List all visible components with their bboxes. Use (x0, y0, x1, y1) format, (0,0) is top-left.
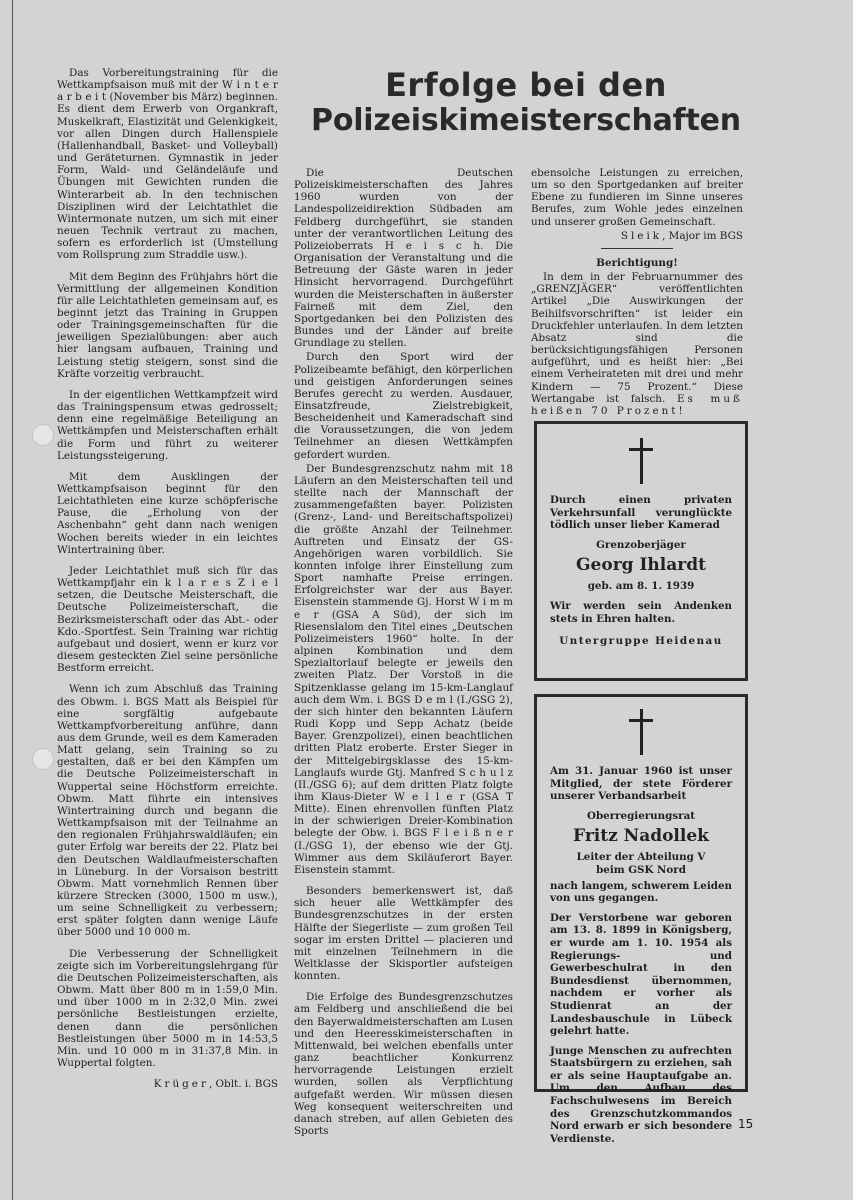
obituary-sender: Untergruppe Heidenau (550, 635, 732, 648)
headline-line-1: Erfolge bei den (295, 67, 757, 103)
author-signature: Krüger, Oblt. i. BGS (57, 1078, 278, 1090)
author-rank: , Major im BGS (662, 230, 743, 242)
author-signature: Sleik, Major im BGS (531, 230, 743, 242)
article-paragraph: Die Erfolge des Bundesgrenzschutzes am F… (294, 991, 513, 1137)
article-paragraph: Die Deutschen Polizeiskimeisterschaften … (294, 167, 513, 349)
obituary-name: Georg Ihlardt (550, 554, 732, 576)
article-paragraph: Die Verbesserung der Schnelligkeit zeigt… (57, 948, 278, 1070)
punch-hole (32, 748, 54, 770)
training-article: Das Vorbereitungstraining für die Wettka… (57, 67, 278, 1096)
magazine-page: Das Vorbereitungstraining für die Wettka… (0, 0, 853, 1200)
article-paragraph: Das Vorbereitungstraining für die Wettka… (57, 67, 278, 262)
binding-edge (12, 0, 13, 1200)
punch-hole (32, 424, 54, 446)
article-paragraph: Mit dem Beginn des Frühjahrs hört die Ve… (57, 271, 278, 380)
obituary-box: Am 31. Januar 1960 ist unser Mitglied, d… (534, 694, 748, 1092)
right-column: ebensolche Leistungen zu erreichen, um s… (531, 167, 743, 417)
author-name: Krüger (154, 1078, 209, 1090)
article-paragraph: Wenn ich zum Abschluß das Training des O… (57, 683, 278, 938)
obituary-box: Durch einen privaten Verkehrsunfall veru… (534, 421, 748, 681)
correction-title: Berichtigung! (531, 257, 743, 269)
cross-icon (629, 709, 653, 755)
obituary-rank: Oberregierungsrat (550, 810, 732, 823)
ski-article: Die Deutschen Polizeiskimeisterschaften … (294, 167, 513, 1146)
correction-text: In dem in der Februarnummer des „GRENZJÄ… (531, 271, 743, 417)
obituary-passing: nach langem, schwerem Leiden von uns geg… (550, 880, 732, 905)
article-continuation: ebensolche Leistungen zu erreichen, um s… (531, 167, 743, 228)
article-paragraph: Mit dem Ausklingen der Wettkampfsaison b… (57, 471, 278, 556)
section-divider (601, 248, 673, 249)
obituary-birthdate: geb. am 8. 1. 1939 (550, 580, 732, 593)
article-paragraph: In der eigentlichen Wettkampfzeit wird d… (57, 389, 278, 462)
headline: Erfolge bei den Polizeiskimeisterschafte… (295, 67, 757, 139)
obituary-name: Fritz Nadollek (550, 825, 732, 847)
article-paragraph: Jeder Leichtathlet muß sich für das Wett… (57, 565, 278, 674)
headline-line-2: Polizeiskimeisterschaften (295, 103, 757, 139)
obituary-title-line-2: beim GSK Nord (550, 864, 732, 877)
article-paragraph: Durch den Sport wird der Polizeibeamte b… (294, 351, 513, 460)
page-number: 15 (738, 1117, 753, 1131)
obituary-intro: Durch einen privaten Verkehrsunfall veru… (550, 494, 732, 532)
obituary-closing: Wir werden sein Andenken stets in Ehren … (550, 600, 732, 625)
author-name: Sleik (621, 230, 662, 242)
obituary-intro: Am 31. Januar 1960 ist unser Mitglied, d… (550, 765, 732, 803)
obituary-merits: Junge Menschen zu aufrechten Staatsbürge… (550, 1045, 732, 1146)
author-rank: , Oblt. i. BGS (209, 1078, 278, 1090)
cross-icon (629, 438, 653, 484)
article-paragraph: Besonders bemerkenswert ist, daß sich he… (294, 885, 513, 982)
obituary-title-line-1: Leiter der Abteilung V (550, 851, 732, 864)
obituary-rank: Grenzoberjäger (550, 539, 732, 552)
article-paragraph: Der Bundesgrenzschutz nahm mit 18 Läufer… (294, 463, 513, 876)
obituary-biography: Der Verstorbene war geboren am 13. 8. 18… (550, 912, 732, 1038)
